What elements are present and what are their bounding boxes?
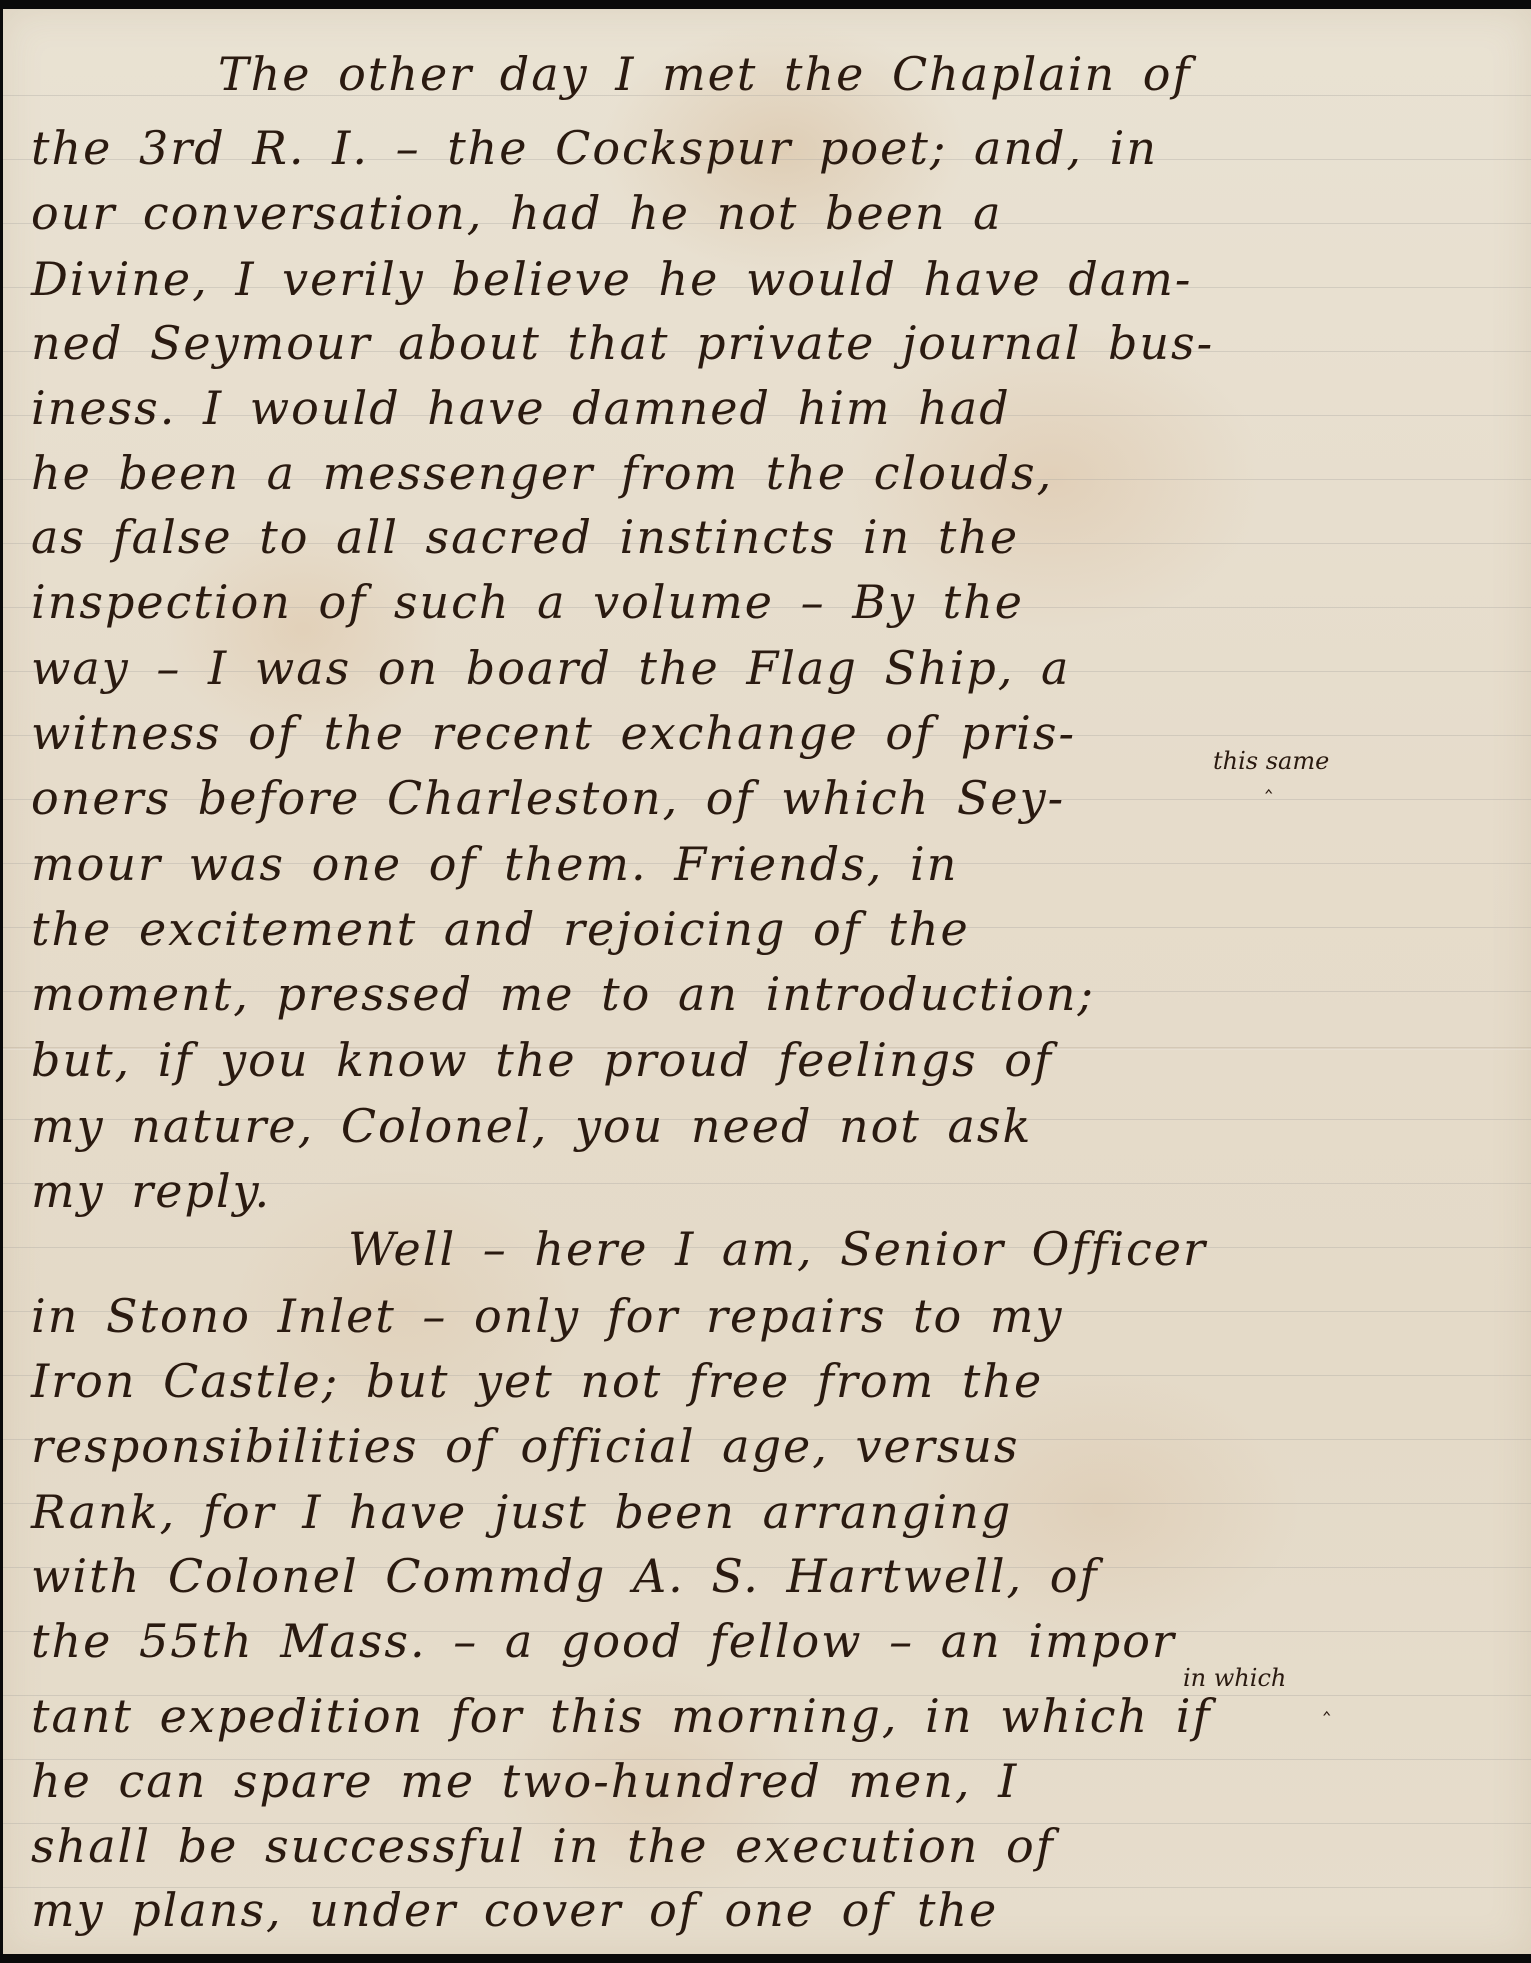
text-line: moment, pressed me to an introduction; <box>31 967 1095 1021</box>
text-line: the excitement and rejoicing of the <box>31 902 970 956</box>
text-line: witness of the recent exchange of pris- <box>31 706 1076 760</box>
text-line: he can spare me two-hundred men, I <box>31 1754 1018 1808</box>
text-line: he been a messenger from the clouds, <box>31 446 1053 500</box>
text-line: iness. I would have damned him had <box>31 381 1011 435</box>
text-line: Well – here I am, Senior Officer <box>348 1222 1207 1276</box>
text-line: Iron Castle; but yet not free from the <box>31 1354 1043 1408</box>
insertion-caret-icon: ‸ <box>1265 769 1272 794</box>
text-line: our conversation, had he not been a <box>31 186 1003 240</box>
text-line: my plans, under cover of one of the <box>31 1883 998 1937</box>
text-line: way – I was on board the Flag Ship, a <box>31 641 1070 695</box>
text-line: Rank, for I have just been arranging <box>31 1485 1012 1539</box>
text-line: the 55th Mass. – a good fellow – an impo… <box>31 1614 1176 1668</box>
text-line: inspection of such a volume – By the <box>31 575 1024 629</box>
text-line: tant expedition for this morning, in whi… <box>31 1689 1212 1743</box>
text-line: ned Seymour about that private journal b… <box>31 316 1214 370</box>
text-line: the 3rd R. I. – the Cockspur poet; and, … <box>31 121 1158 175</box>
text-line: mour was one of them. Friends, in <box>31 837 958 891</box>
text-line: The other day I met the Chaplain of <box>218 47 1191 101</box>
text-line: but, if you know the proud feelings of <box>31 1033 1053 1087</box>
text-line: shall be successful in the execution of <box>31 1819 1055 1873</box>
text-line: my reply. <box>31 1164 271 1218</box>
insertion-caret-icon: ‸ <box>1323 1691 1330 1716</box>
interlinear-insertion: in which <box>1183 1664 1286 1692</box>
letter-page: The other day I met the Chaplain of the … <box>3 9 1531 1954</box>
text-line: my nature, Colonel, you need not ask <box>31 1099 1032 1153</box>
text-line: responsibilities of official age, versus <box>31 1419 1020 1473</box>
text-line: in Stono Inlet – only for repairs to my <box>31 1289 1063 1343</box>
text-line: with Colonel Commdg A. S. Hartwell, of <box>31 1549 1099 1603</box>
text-line: oners before Charleston, of which Sey- <box>31 771 1065 825</box>
text-line: as false to all sacred instincts in the <box>31 510 1019 564</box>
text-line: Divine, I verily believe he would have d… <box>31 252 1192 306</box>
